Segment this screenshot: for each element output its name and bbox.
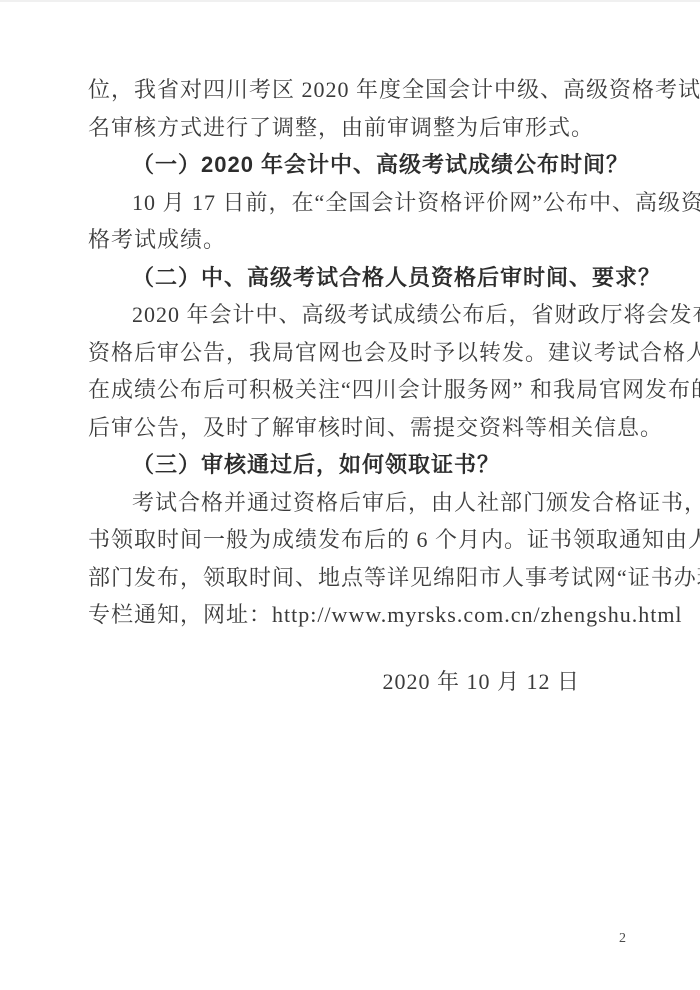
text-line: 后审公告，及时了解审核时间、需提交资料等相关信息。	[88, 409, 612, 447]
text-line: 考试合格并通过资格后审后，由人社部门颁发合格证书，证	[88, 484, 612, 522]
text-line: 书领取时间一般为成绩发布后的 6 个月内。证书领取通知由人社	[88, 521, 612, 559]
page-top-edge	[0, 0, 700, 2]
text-line: 部门发布，领取时间、地点等详见绵阳市人事考试网“证书办理”	[88, 559, 612, 597]
section-1-paragraph: 10 月 17 日前，在“全国会计资格评价网”公布中、高级资 格考试成绩。	[88, 184, 612, 259]
section-heading-3: （三）审核通过后，如何领取证书？	[88, 446, 612, 484]
document-date: 2020 年 10 月 12 日	[88, 663, 612, 701]
section-heading-1: （一）2020 年会计中、高级考试成绩公布时间？	[88, 146, 612, 184]
section-heading-2: （二）中、高级考试合格人员资格后审时间、要求？	[88, 259, 612, 297]
section-3-paragraph: 考试合格并通过资格后审后，由人社部门颁发合格证书，证 书领取时间一般为成绩发布后…	[88, 484, 612, 634]
text-line: 10 月 17 日前，在“全国会计资格评价网”公布中、高级资	[88, 184, 612, 222]
document-content: 位，我省对四川考区 2020 年度全国会计中级、高级资格考试报 名审核方式进行了…	[88, 71, 612, 700]
intro-paragraph: 位，我省对四川考区 2020 年度全国会计中级、高级资格考试报 名审核方式进行了…	[88, 71, 612, 146]
document-page: 位，我省对四川考区 2020 年度全国会计中级、高级资格考试报 名审核方式进行了…	[0, 0, 700, 990]
text-line: 在成绩公布后可积极关注“四川会计服务网” 和我局官网发布的	[88, 371, 612, 409]
page-number: 2	[619, 931, 626, 947]
text-line: 名审核方式进行了调整，由前审调整为后审形式。	[88, 109, 612, 147]
text-line: 资格后审公告，我局官网也会及时予以转发。建议考试合格人员	[88, 334, 612, 372]
document-url-line: 专栏通知，网址：http://www.myrsks.com.cn/zhengsh…	[88, 596, 612, 634]
text-line: 位，我省对四川考区 2020 年度全国会计中级、高级资格考试报	[88, 71, 612, 109]
section-2-paragraph: 2020 年会计中、高级考试成绩公布后，省财政厅将会发布 资格后审公告，我局官网…	[88, 296, 612, 446]
text-line: 格考试成绩。	[88, 221, 612, 259]
text-line: 2020 年会计中、高级考试成绩公布后，省财政厅将会发布	[88, 296, 612, 334]
